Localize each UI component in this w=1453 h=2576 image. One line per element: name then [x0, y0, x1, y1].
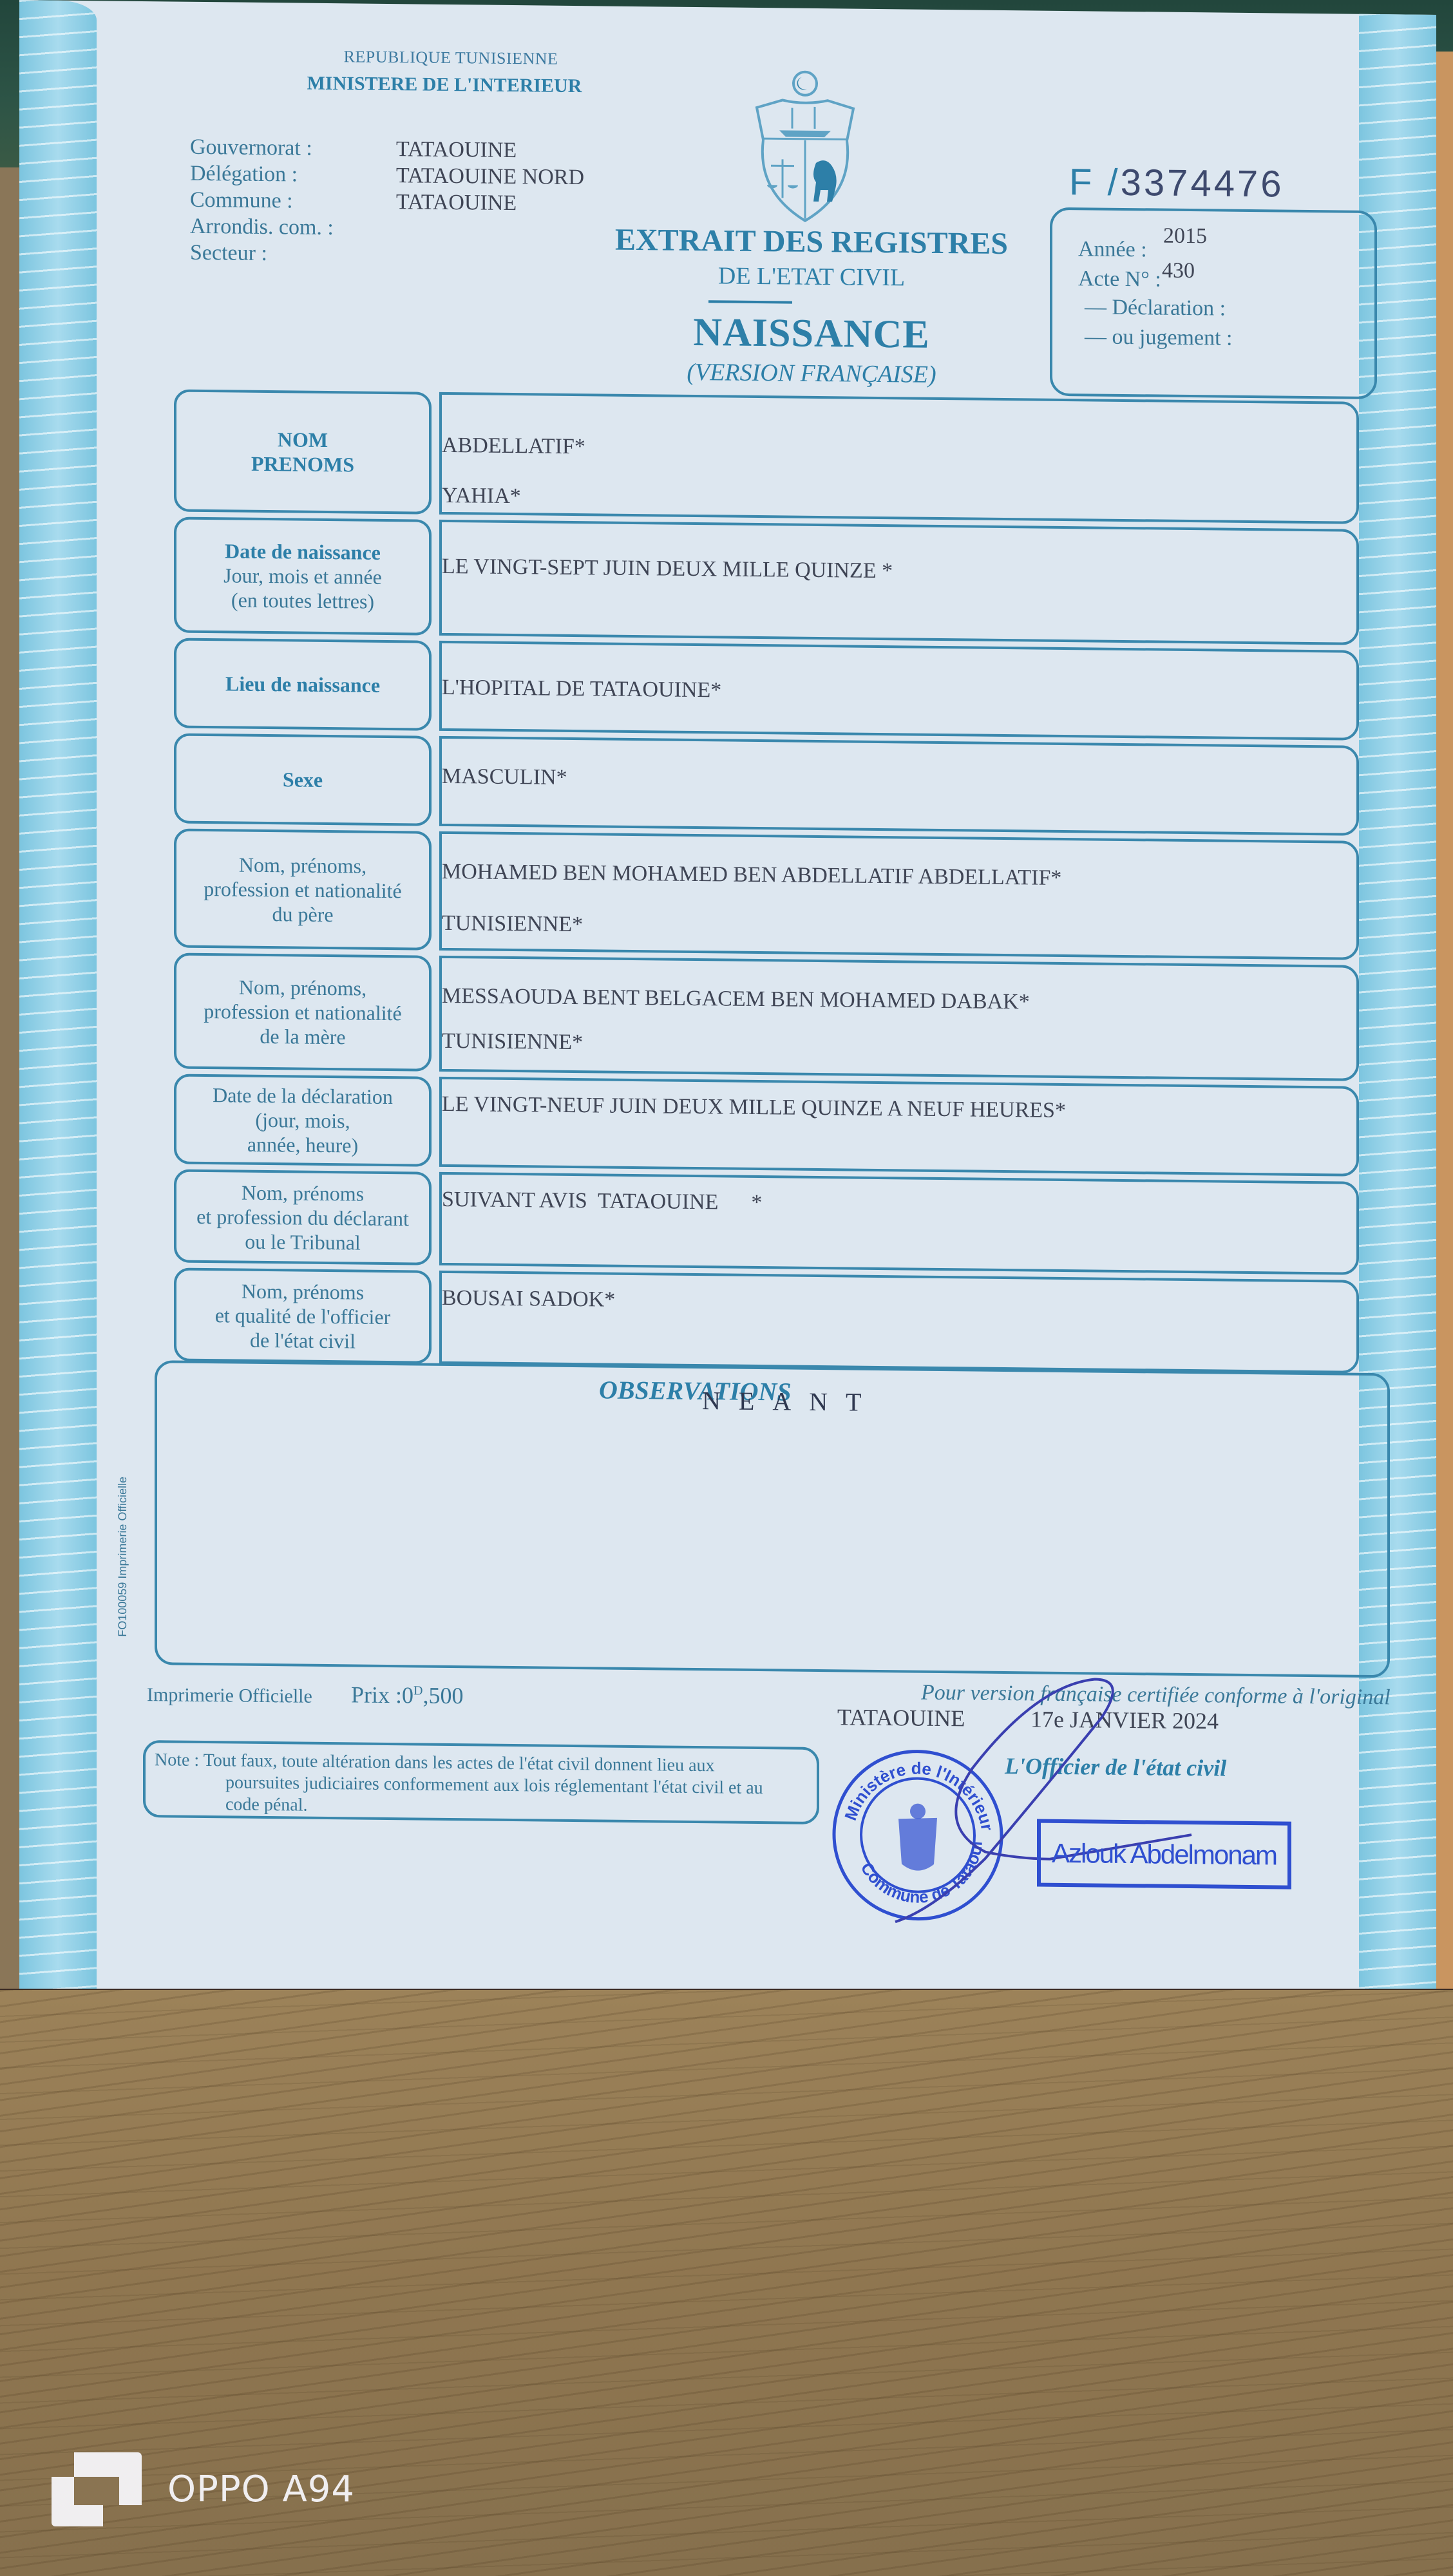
row-label-text: Nom, prénoms, profession et nationalité … [204, 851, 401, 927]
admin-row-gouvernorat: Gouvernorat :TATAOUINE [190, 134, 584, 164]
legal-note: Note : Tout faux, toute altération dans … [143, 1740, 819, 1824]
admin-row-commune: Commune :TATAOUINE [190, 187, 584, 217]
title-version: (VERSION FRANÇAISE) [580, 357, 1043, 390]
row-value-box: MASCULIN* [439, 736, 1359, 836]
row-label: NOM PRENOMS [174, 390, 432, 515]
observations-value: NEANT [702, 1385, 880, 1417]
admin-label: Commune : [190, 187, 396, 215]
title-divider [708, 300, 792, 303]
row-label-text: NOM PRENOMS [251, 427, 354, 477]
value-mere-nom: MESSAOUDA BENT BELGACEM BEN MOHAMED DABA… [442, 984, 1030, 1015]
row-value-box: MESSAOUDA BENT BELGACEM BEN MOHAMED DABA… [439, 956, 1359, 1081]
title-etat-civil: DE L'ETAT CIVIL [580, 260, 1043, 294]
row-value-box: LE VINGT-NEUF JUIN DEUX MILLE QUINZE A N… [439, 1077, 1359, 1177]
serial-value: 3374476 [1121, 162, 1284, 205]
value-declarant: SUIVANT AVIS TATAOUINE * [442, 1188, 762, 1215]
admin-row-secteur: Secteur : [190, 240, 584, 270]
row-label-text: Sexe [283, 767, 323, 792]
row-label-bold: Date de naissance [223, 538, 382, 565]
price-value: ,500 [423, 1683, 463, 1709]
row-label: Nom, prénoms et qualité de l'officier de… [174, 1268, 432, 1364]
value-lieu-naissance: L'HOPITAL DE TATAOUINE* [442, 676, 721, 703]
admin-value: TATAOUINE NORD [396, 162, 584, 191]
serial-prefix: F / [1069, 161, 1121, 204]
acte-box: 2015 Année : 430 Acte N° : — Déclaration… [1050, 207, 1377, 399]
jugement-label: — ou jugement : [1085, 325, 1232, 350]
header-country: REPUBLIQUE TUNISIENNE [303, 47, 599, 70]
row-label: Nom, prénoms, profession et nationalité … [174, 829, 432, 951]
row-value-box: MOHAMED BEN MOHAMED BEN ABDELLATIF ABDEL… [439, 831, 1359, 960]
value-date-declaration: LE VINGT-NEUF JUIN DEUX MILLE QUINZE A N… [442, 1092, 1066, 1123]
footer-price: Prix :0D,500 [351, 1681, 463, 1709]
handwritten-signature [857, 1664, 1217, 1938]
row-label: Nom, prénoms, profession et nationalité … [174, 953, 432, 1072]
decorative-border-left [19, 0, 97, 2010]
footer-imprimerie: Imprimerie Officielle [147, 1684, 312, 1708]
row-label-text: Jour, mois et année (en toutes lettres) [223, 563, 382, 614]
officer-name-stamp: Azlouk Abdelmonam [1037, 1819, 1291, 1889]
row-declarant: Nom, prénoms et profession du déclarant … [174, 1170, 1359, 1275]
side-imprint: FO100059 Imprimerie Officielle [116, 1477, 129, 1637]
admin-row-arrondissement: Arrondis. com. : [190, 213, 584, 243]
price-label: Prix :0 [351, 1681, 413, 1708]
tunisia-coat-of-arms-icon [744, 69, 866, 225]
serial-number: F /3374476 [1069, 160, 1284, 205]
title-naissance: NAISSANCE [580, 308, 1043, 359]
admin-label: Arrondis. com. : [190, 213, 396, 241]
row-label-text: Date de la déclaration (jour, mois, anné… [213, 1083, 393, 1158]
value-pere-nom: MOHAMED BEN MOHAMED BEN ABDELLATIF ABDEL… [442, 860, 1061, 891]
value-prenom: YAHIA* [442, 484, 521, 509]
row-label: Sexe [174, 734, 432, 826]
row-label-text: Lieu de naissance [225, 671, 380, 697]
annee-label: Année : [1078, 237, 1147, 262]
value-officier: BOUSAI SADOK* [442, 1286, 615, 1312]
header-ministry: MINISTERE DE L'INTERIEUR [271, 72, 618, 98]
value-nom: ABDELLATIF* [442, 433, 585, 459]
admin-row-delegation: Délégation :TATAOUINE NORD [190, 160, 584, 191]
row-value-box: LE VINGT-SEPT JUIN DEUX MILLE QUINZE * [439, 520, 1359, 645]
admin-fields: Gouvernorat :TATAOUINE Délégation :TATAO… [190, 134, 584, 270]
row-label: Lieu de naissance [174, 638, 432, 731]
value-mere-nationalite: TUNISIENNE* [442, 1029, 583, 1055]
value-date-naissance: LE VINGT-SEPT JUIN DEUX MILLE QUINZE * [442, 554, 893, 583]
declaration-label: — Déclaration : [1085, 295, 1226, 321]
admin-value: TATAOUINE [396, 189, 517, 216]
row-label: Date de la déclaration (jour, mois, anné… [174, 1074, 432, 1167]
oppo-camera-logo-icon [52, 2452, 142, 2526]
row-label: Date de naissanceJour, mois et année (en… [174, 517, 432, 636]
value-sexe: MASCULIN* [442, 764, 567, 790]
camera-watermark: OPPO A94 [52, 2452, 355, 2526]
title-extrait: EXTRAIT DES REGISTRES [580, 222, 1043, 262]
row-officier: Nom, prénoms et qualité de l'officier de… [174, 1268, 1359, 1374]
row-pere: Nom, prénoms, profession et nationalité … [174, 829, 1359, 960]
row-date-naissance: Date de naissanceJour, mois et année (en… [174, 517, 1359, 645]
row-sexe: Sexe MASCULIN* [174, 734, 1359, 836]
acte-value: 430 [1162, 259, 1195, 284]
row-nom-prenoms: NOM PRENOMS ABDELLATIF* YAHIA* [174, 390, 1359, 524]
birth-certificate-document: REPUBLIQUE TUNISIENNE MINISTERE DE L'INT… [19, 0, 1436, 2024]
value-pere-nationalite: TUNISIENNE* [442, 911, 583, 937]
row-date-declaration: Date de la déclaration (jour, mois, anné… [174, 1074, 1359, 1177]
row-value-box: ABDELLATIF* YAHIA* [439, 392, 1359, 524]
row-label-text: Nom, prénoms et profession du déclarant … [196, 1179, 409, 1255]
row-value-box: BOUSAI SADOK* [439, 1271, 1359, 1374]
row-label-text: Nom, prénoms et qualité de l'officier de… [215, 1278, 391, 1354]
row-mere: Nom, prénoms, profession et nationalité … [174, 953, 1359, 1081]
row-value-box: L'HOPITAL DE TATAOUINE* [439, 641, 1359, 741]
admin-label: Secteur : [190, 240, 396, 268]
admin-label: Gouvernorat : [190, 134, 396, 162]
row-label-text: Nom, prénoms, profession et nationalité … [204, 974, 401, 1050]
row-value-box: SUIVANT AVIS TATAOUINE * [439, 1172, 1359, 1275]
admin-value: TATAOUINE [396, 136, 517, 164]
acte-label: Acte N° : [1078, 267, 1161, 292]
price-currency: D [413, 1683, 423, 1698]
row-lieu-naissance: Lieu de naissance L'HOPITAL DE TATAOUINE… [174, 638, 1359, 741]
annee-value: 2015 [1163, 224, 1207, 249]
admin-label: Délégation : [190, 160, 396, 189]
camera-model-text: OPPO A94 [167, 2468, 355, 2510]
row-label: Nom, prénoms et profession du déclarant … [174, 1170, 432, 1265]
